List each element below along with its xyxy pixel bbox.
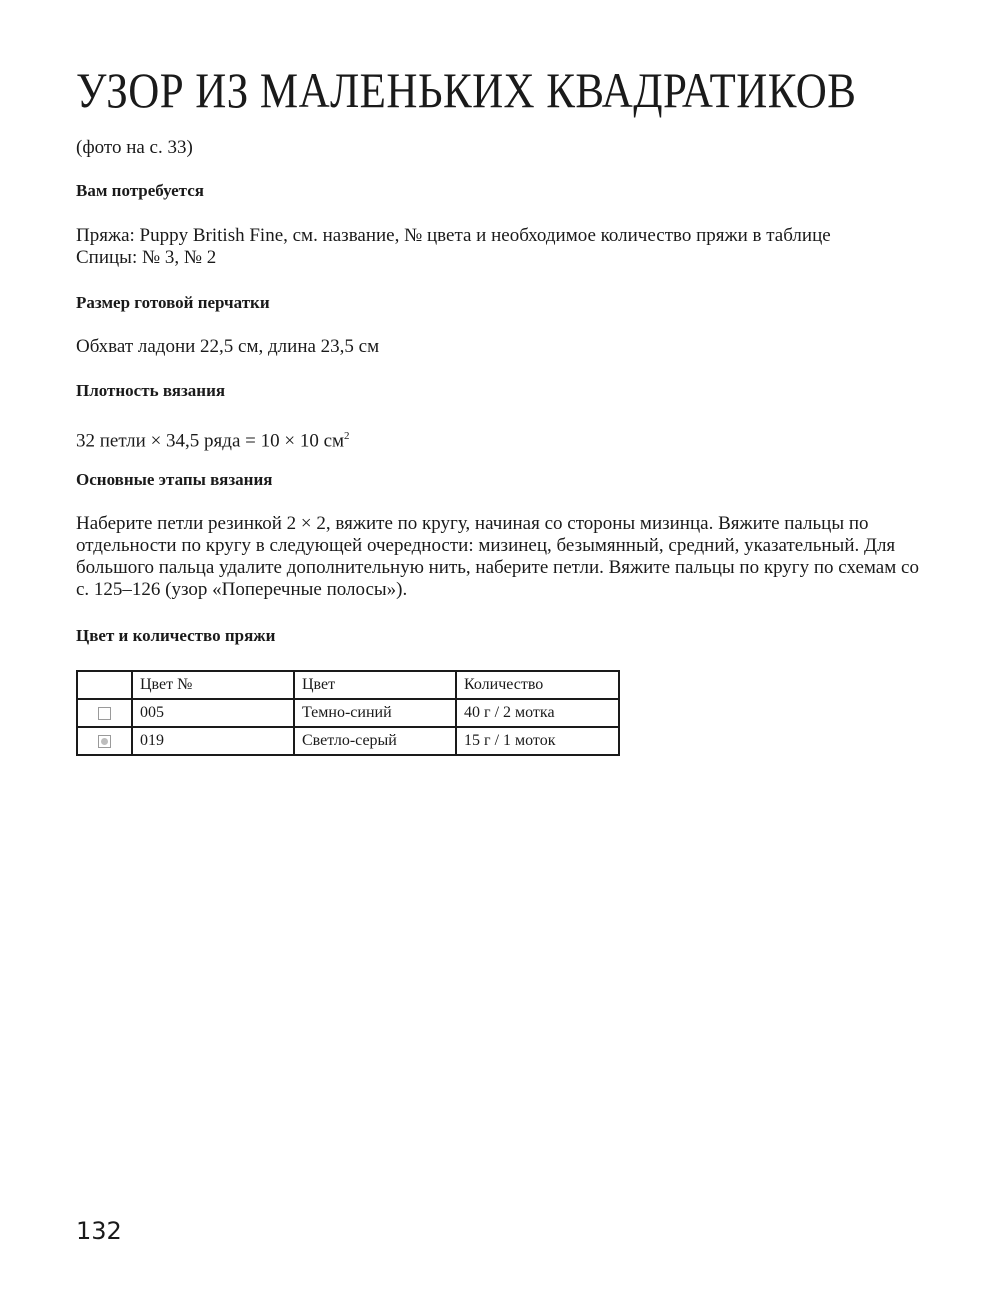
photo-reference: (фото на с. 33) (76, 137, 193, 159)
table-header-row: Цвет № Цвет Количество (77, 671, 619, 699)
steps-text: Наберите петли резинкой 2 × 2, вяжите по… (76, 513, 936, 601)
empty-square-icon (98, 707, 111, 720)
size-heading: Размер готовой перчатки (76, 292, 270, 314)
yarn-table-heading: Цвет и количество пряжи (76, 625, 275, 647)
header-cell-amount: Количество (456, 671, 619, 699)
cell-color: Темно-синий (294, 699, 456, 727)
table-row: 019 Светло-серый 15 г / 1 моток (77, 727, 619, 755)
cell-color: Светло-серый (294, 727, 456, 755)
cell-amount: 15 г / 1 моток (456, 727, 619, 755)
cell-number: 019 (132, 727, 294, 755)
gauge-superscript: 2 (344, 430, 350, 442)
size-text: Обхват ладони 22,5 см, длина 23,5 см (76, 336, 379, 358)
gauge-heading: Плотность вязания (76, 380, 225, 402)
header-cell-number: Цвет № (132, 671, 294, 699)
yarn-table: Цвет № Цвет Количество 005 Темно-синий 4… (76, 670, 620, 756)
needles-line: Спицы: № 3, № 2 (76, 247, 216, 269)
header-cell-symbol (77, 671, 132, 699)
header-cell-color: Цвет (294, 671, 456, 699)
dot-square-icon (98, 735, 111, 748)
steps-heading: Основные этапы вязания (76, 469, 272, 491)
gauge-text: 32 петли × 34,5 ряда = 10 × 10 см2 (76, 425, 350, 452)
cell-amount: 40 г / 2 мотка (456, 699, 619, 727)
gauge-value: 32 петли × 34,5 ряда = 10 × 10 см (76, 430, 344, 451)
table-row: 005 Темно-синий 40 г / 2 мотка (77, 699, 619, 727)
yarn-line: Пряжа: Puppy British Fine, см. название,… (76, 225, 831, 247)
page-title: УЗОР ИЗ МАЛЕНЬКИХ КВАДРАТИКОВ (76, 62, 856, 118)
page-number: 132 (76, 1217, 122, 1245)
requirements-heading: Вам потребуется (76, 180, 204, 202)
cell-number: 005 (132, 699, 294, 727)
